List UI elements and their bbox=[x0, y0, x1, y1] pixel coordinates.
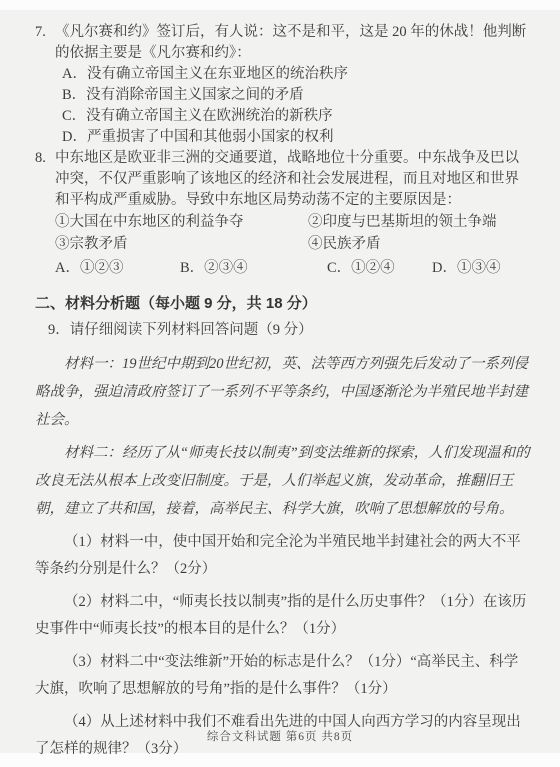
question-8-option-b: B．②③④ bbox=[180, 258, 327, 279]
page-footer: 综合文科试题 第6页 共8页 bbox=[0, 728, 560, 744]
question-9-sub-1: （1）材料一中，使中国开始和完全沦为半殖民地半封建社会的两大不平等条约分别是什么… bbox=[35, 529, 530, 583]
question-9-intro: 9．请仔细阅读下列材料回答问题（9 分） bbox=[48, 320, 530, 341]
section-2-heading: 二、材料分析题（每小题 9 分，共 18 分） bbox=[35, 293, 530, 314]
question-9: 9．请仔细阅读下列材料回答问题（9 分） 材料一：19世纪中期到20世纪初，英、… bbox=[35, 320, 530, 763]
question-8-numbered-items: ①大国在中东地区的利益争夺 ②印度与巴基斯坦的领土争端 ③宗教矛盾 ④民族矛盾 bbox=[55, 211, 530, 255]
question-8-option-a: A．①②③ bbox=[55, 258, 180, 279]
question-9-sub-3: （3）材料二中“变法维新”开始的标志是什么？（1分）“高举民主、科学大旗，吹响了… bbox=[35, 649, 530, 703]
question-8-stem-text: 中东地区是欧亚非三洲的交通要道，战略地位十分重要。中东战争及巴以冲突，不仅严重影… bbox=[55, 150, 519, 208]
question-8-options-row: A．①②③ B．②③④ C．①②④ D．①③④ bbox=[55, 258, 530, 279]
exam-paper-page: 7.《凡尔赛和约》签订后，有人说：这不是和平，这是 20 年的休战！他判断的依据… bbox=[0, 10, 560, 753]
question-8-item-4: ④民族矛盾 bbox=[308, 233, 530, 255]
question-7-option-d: D．严重损害了中国和其他弱小国家的权利 bbox=[62, 127, 530, 148]
question-8-number: 8. bbox=[35, 148, 55, 169]
question-9-sub-2: （2）材料二中，“师夷长技以制夷”指的是什么历史事件？（1分）在该历史事件中“师… bbox=[35, 589, 530, 643]
question-8-option-d: D．①③④ bbox=[432, 258, 500, 279]
question-8-option-c: C．①②④ bbox=[327, 258, 432, 279]
question-7-stem: 7.《凡尔赛和约》签订后，有人说：这不是和平，这是 20 年的休战！他判断的依据… bbox=[35, 22, 530, 64]
question-8-stem: 8.中东地区是欧亚非三洲的交通要道，战略地位十分重要。中东战争及巴以冲突，不仅严… bbox=[35, 148, 530, 211]
question-8-item-2: ②印度与巴基斯坦的领土争端 bbox=[308, 211, 530, 233]
question-7: 7.《凡尔赛和约》签订后，有人说：这不是和平，这是 20 年的休战！他判断的依据… bbox=[35, 22, 530, 148]
question-9-material-2: 材料二：经历了从“师夷长技以制夷”到变法维新的探索，人们发现温和的改良无法从根本… bbox=[35, 439, 530, 523]
question-7-number: 7. bbox=[35, 22, 55, 43]
question-8-item-1: ①大国在中东地区的利益争夺 bbox=[55, 211, 308, 233]
question-7-stem-text: 《凡尔赛和约》签订后，有人说：这不是和平，这是 20 年的休战！他判断的依据主要… bbox=[55, 24, 526, 61]
question-8: 8.中东地区是欧亚非三洲的交通要道，战略地位十分重要。中东战争及巴以冲突，不仅严… bbox=[35, 148, 530, 279]
question-7-option-b: B．没有消除帝国主义国家之间的矛盾 bbox=[62, 85, 530, 106]
question-7-option-c: C．没有确立帝国主义在欧洲统治的新秩序 bbox=[62, 106, 530, 127]
question-8-item-3: ③宗教矛盾 bbox=[55, 233, 308, 255]
question-9-material-1: 材料一：19世纪中期到20世纪初，英、法等西方列强先后发动了一系列侵略战争，强迫… bbox=[35, 350, 530, 434]
question-7-option-a: A．没有确立帝国主义在东亚地区的统治秩序 bbox=[62, 64, 530, 85]
